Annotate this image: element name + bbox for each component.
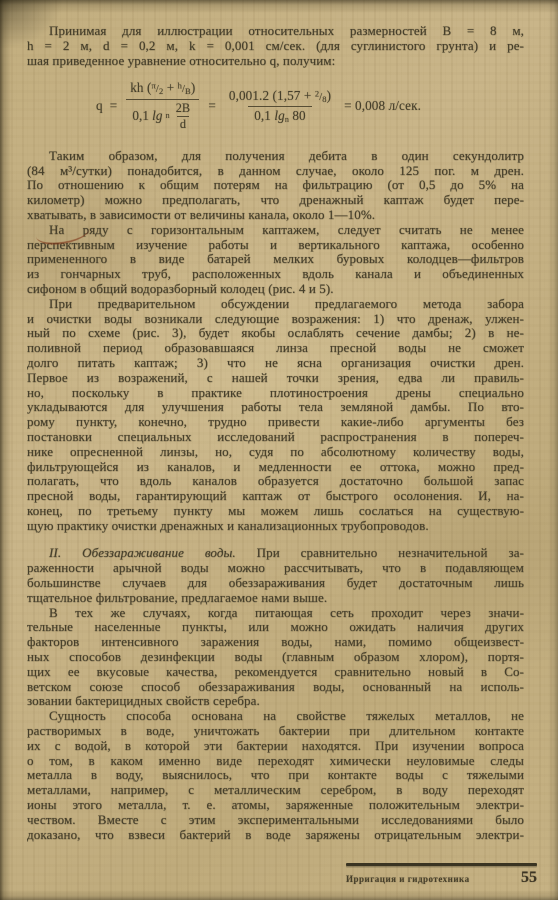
text-line: h = 2 м, d = 0,2 м, k = 0,001 см/сек. (д… <box>27 39 524 54</box>
text-line: километр) можно предполагать, что дренаж… <box>27 193 524 208</box>
paragraph: На ряду с горизонтальным каптажем, следу… <box>27 223 524 297</box>
text-line: зовании бактерицидных свойств серебра. <box>27 694 524 709</box>
fraction-numerator: 0,001.2 (1,57 + 2/8) <box>223 89 337 106</box>
text-line: Таким образом, для получения дебита в од… <box>27 149 524 164</box>
text-line: хватывать, в зависимости от величины кан… <box>27 208 524 223</box>
text-run: 0,1 <box>254 108 274 123</box>
log-symbol: lg <box>152 109 162 124</box>
log-symbol: lg <box>274 108 284 123</box>
formula-lhs: q <box>96 99 103 114</box>
text-line: и очистки воды возникали следующие возра… <box>27 312 524 327</box>
text-run: 0,1 <box>132 109 149 124</box>
text-line: При предварительном обсуждении предлагае… <box>27 297 524 312</box>
text-line: II. Обеззараживание воды. При сравнитель… <box>27 546 524 561</box>
text-line: металлами, например, с металлическим сер… <box>27 783 524 798</box>
inner-fraction-bottom: d <box>177 116 189 132</box>
text-line: щую практику очистки дренажных и канализ… <box>27 519 524 534</box>
text-line: В тех же случаях, когда питающая сеть пр… <box>27 606 524 621</box>
text-line: сифоном в общий водоразборный колодец (р… <box>27 282 524 297</box>
text-line: По отношению к общим потерям на фильтрац… <box>27 178 524 193</box>
fraction-symbolic: kh (π/2 + h/B) 0,1 lgn2Bd <box>124 81 201 131</box>
text-run: При сравнительно незначительной за- <box>236 546 524 560</box>
text-line: Первое из возражений, с нашей точки зрен… <box>27 371 524 386</box>
log-subscript: n <box>166 112 170 121</box>
equals-sign: = <box>208 99 216 114</box>
text-line: тельные населенные пункты, или можно ожи… <box>27 620 524 635</box>
text-line: (84 м³/сутки) понадобится, в данном случ… <box>27 164 524 179</box>
text-line: полагать, что вдоль каналов образуется д… <box>27 474 524 489</box>
page-number: 55 <box>521 869 537 887</box>
paragraph: При предварительном обсуждении предлагае… <box>27 297 524 534</box>
text-line: ных способов дезинфекции воды (главным о… <box>27 650 524 665</box>
text-line: поливной период образовавшаяся линза пре… <box>27 341 524 356</box>
small-fraction: h/B <box>178 84 191 95</box>
text-line: нике опресненной линзы, но, судя по абсо… <box>27 445 524 460</box>
text-line: щих ее вкусовые качества, рекомендуется … <box>27 665 524 680</box>
paragraph: II. Обеззараживание воды. При сравнитель… <box>27 546 524 605</box>
paragraph: Сущность способа основана на свойстве тя… <box>27 709 524 842</box>
text-line: чеством. Вместе с этим экспериментальным… <box>27 813 524 828</box>
text-line: доказано, что взвеси бактерий в воде зар… <box>27 828 524 843</box>
text-line: но, поскольку в практике плотиностроения… <box>27 386 524 401</box>
text-line: постановки специальных исследований расп… <box>27 430 524 445</box>
text-line: перспективным изучение работы и вертикал… <box>27 238 524 253</box>
scanned-page: Принимая для иллюстрации относительных р… <box>0 0 558 900</box>
text-line: ветском союзе способ обеззараживания вод… <box>27 680 524 695</box>
text-line: из гончарных труб, расположенных вдоль к… <box>27 267 524 282</box>
text-line: растворимых в воде, уничтожать бактерии … <box>27 724 524 739</box>
footer-rule <box>346 863 537 867</box>
text-run: ) <box>191 80 196 95</box>
text-run: kh ( <box>130 80 151 95</box>
text-run: ) <box>327 88 332 103</box>
text-line: На ряду с горизонтальным каптажем, следу… <box>27 223 524 238</box>
text-line: конец, по третьему пункту мы можем лишь … <box>27 504 524 519</box>
text-line: Сущность способа основана на свойстве тя… <box>27 709 524 724</box>
text-run: 0,001.2 (1,57 + <box>229 88 315 103</box>
text-line: ионы этого металла, т. е. атомы, заряжен… <box>27 798 524 813</box>
text-line: укладываются для улучшения работы тела з… <box>27 400 524 415</box>
journal-title: Ирригация и гидротехника <box>346 874 470 884</box>
equals-sign: = <box>110 99 118 114</box>
fraction-numerator: kh (π/2 + h/B) <box>124 81 201 98</box>
text-line: раженности арычной воды можно рассчитыва… <box>27 561 524 576</box>
small-fraction: π/2 <box>152 84 164 95</box>
section-heading: II. Обеззараживание воды. <box>49 546 236 560</box>
text-line: их с водой, в которой эти бактерии наход… <box>27 739 524 754</box>
page-footer: Ирригация и гидротехника 55 <box>346 863 537 888</box>
text-line: шая приведенное уравнение относительно q… <box>27 54 524 69</box>
inner-fraction-top: 2B <box>173 102 194 117</box>
text-line: ный по схеме (рис. 3), будет якобы ослаб… <box>27 326 524 341</box>
text-line: большинстве случаев для обеззараживания … <box>27 576 524 591</box>
paragraph: Таким образом, для получения дебита в од… <box>27 149 524 223</box>
fraction-denominator: 0,1 lgn2Bd <box>126 99 199 132</box>
text-line: тщательное фильтрование, предлагаемое на… <box>27 591 524 606</box>
discharge-formula: q = kh (π/2 + h/B) 0,1 lgn2Bd = 0,001.2 … <box>27 81 490 131</box>
paragraph: Принимая для иллюстрации относительных р… <box>27 24 524 68</box>
small-fraction: 2/8 <box>315 92 327 103</box>
text-line: факторов интенсивного заражения воды, на… <box>27 635 524 650</box>
inner-fraction: 2Bd <box>173 102 194 132</box>
text-line: долго питать каптаж; 3) что не ясна орга… <box>27 356 524 371</box>
text-column: Принимая для иллюстрации относительных р… <box>27 24 524 842</box>
fraction-denominator: 0,1 lgn 80 <box>248 106 312 125</box>
text-line: рому пункту, конечно, трудно привести ка… <box>27 415 524 430</box>
small-fraction-top: h <box>178 81 182 91</box>
text-run: 80 <box>289 108 306 123</box>
text-run: + <box>163 80 177 95</box>
text-line: примененного в виде батарей мелких буров… <box>27 252 524 267</box>
formula-result: = 0,008 л/сек. <box>344 99 421 114</box>
text-line: о том, в каком именно виде переходят хим… <box>27 754 524 769</box>
paragraph: В тех же случаях, когда питающая сеть пр… <box>27 606 524 710</box>
text-line: пресной воды, гарантирующий каптаж от бы… <box>27 489 524 504</box>
small-fraction-top: π <box>152 81 156 91</box>
small-fraction-top: 2 <box>315 88 319 98</box>
running-title-row: Ирригация и гидротехника 55 <box>346 869 537 887</box>
fraction-numeric: 0,001.2 (1,57 + 2/8) 0,1 lgn 80 <box>223 89 337 125</box>
text-line: Принимая для иллюстрации относительных р… <box>27 24 524 39</box>
text-line: фильтрующейся из каналов, и медленности … <box>27 460 524 475</box>
text-line: металла в воду, выяснилось, что при конт… <box>27 768 524 783</box>
